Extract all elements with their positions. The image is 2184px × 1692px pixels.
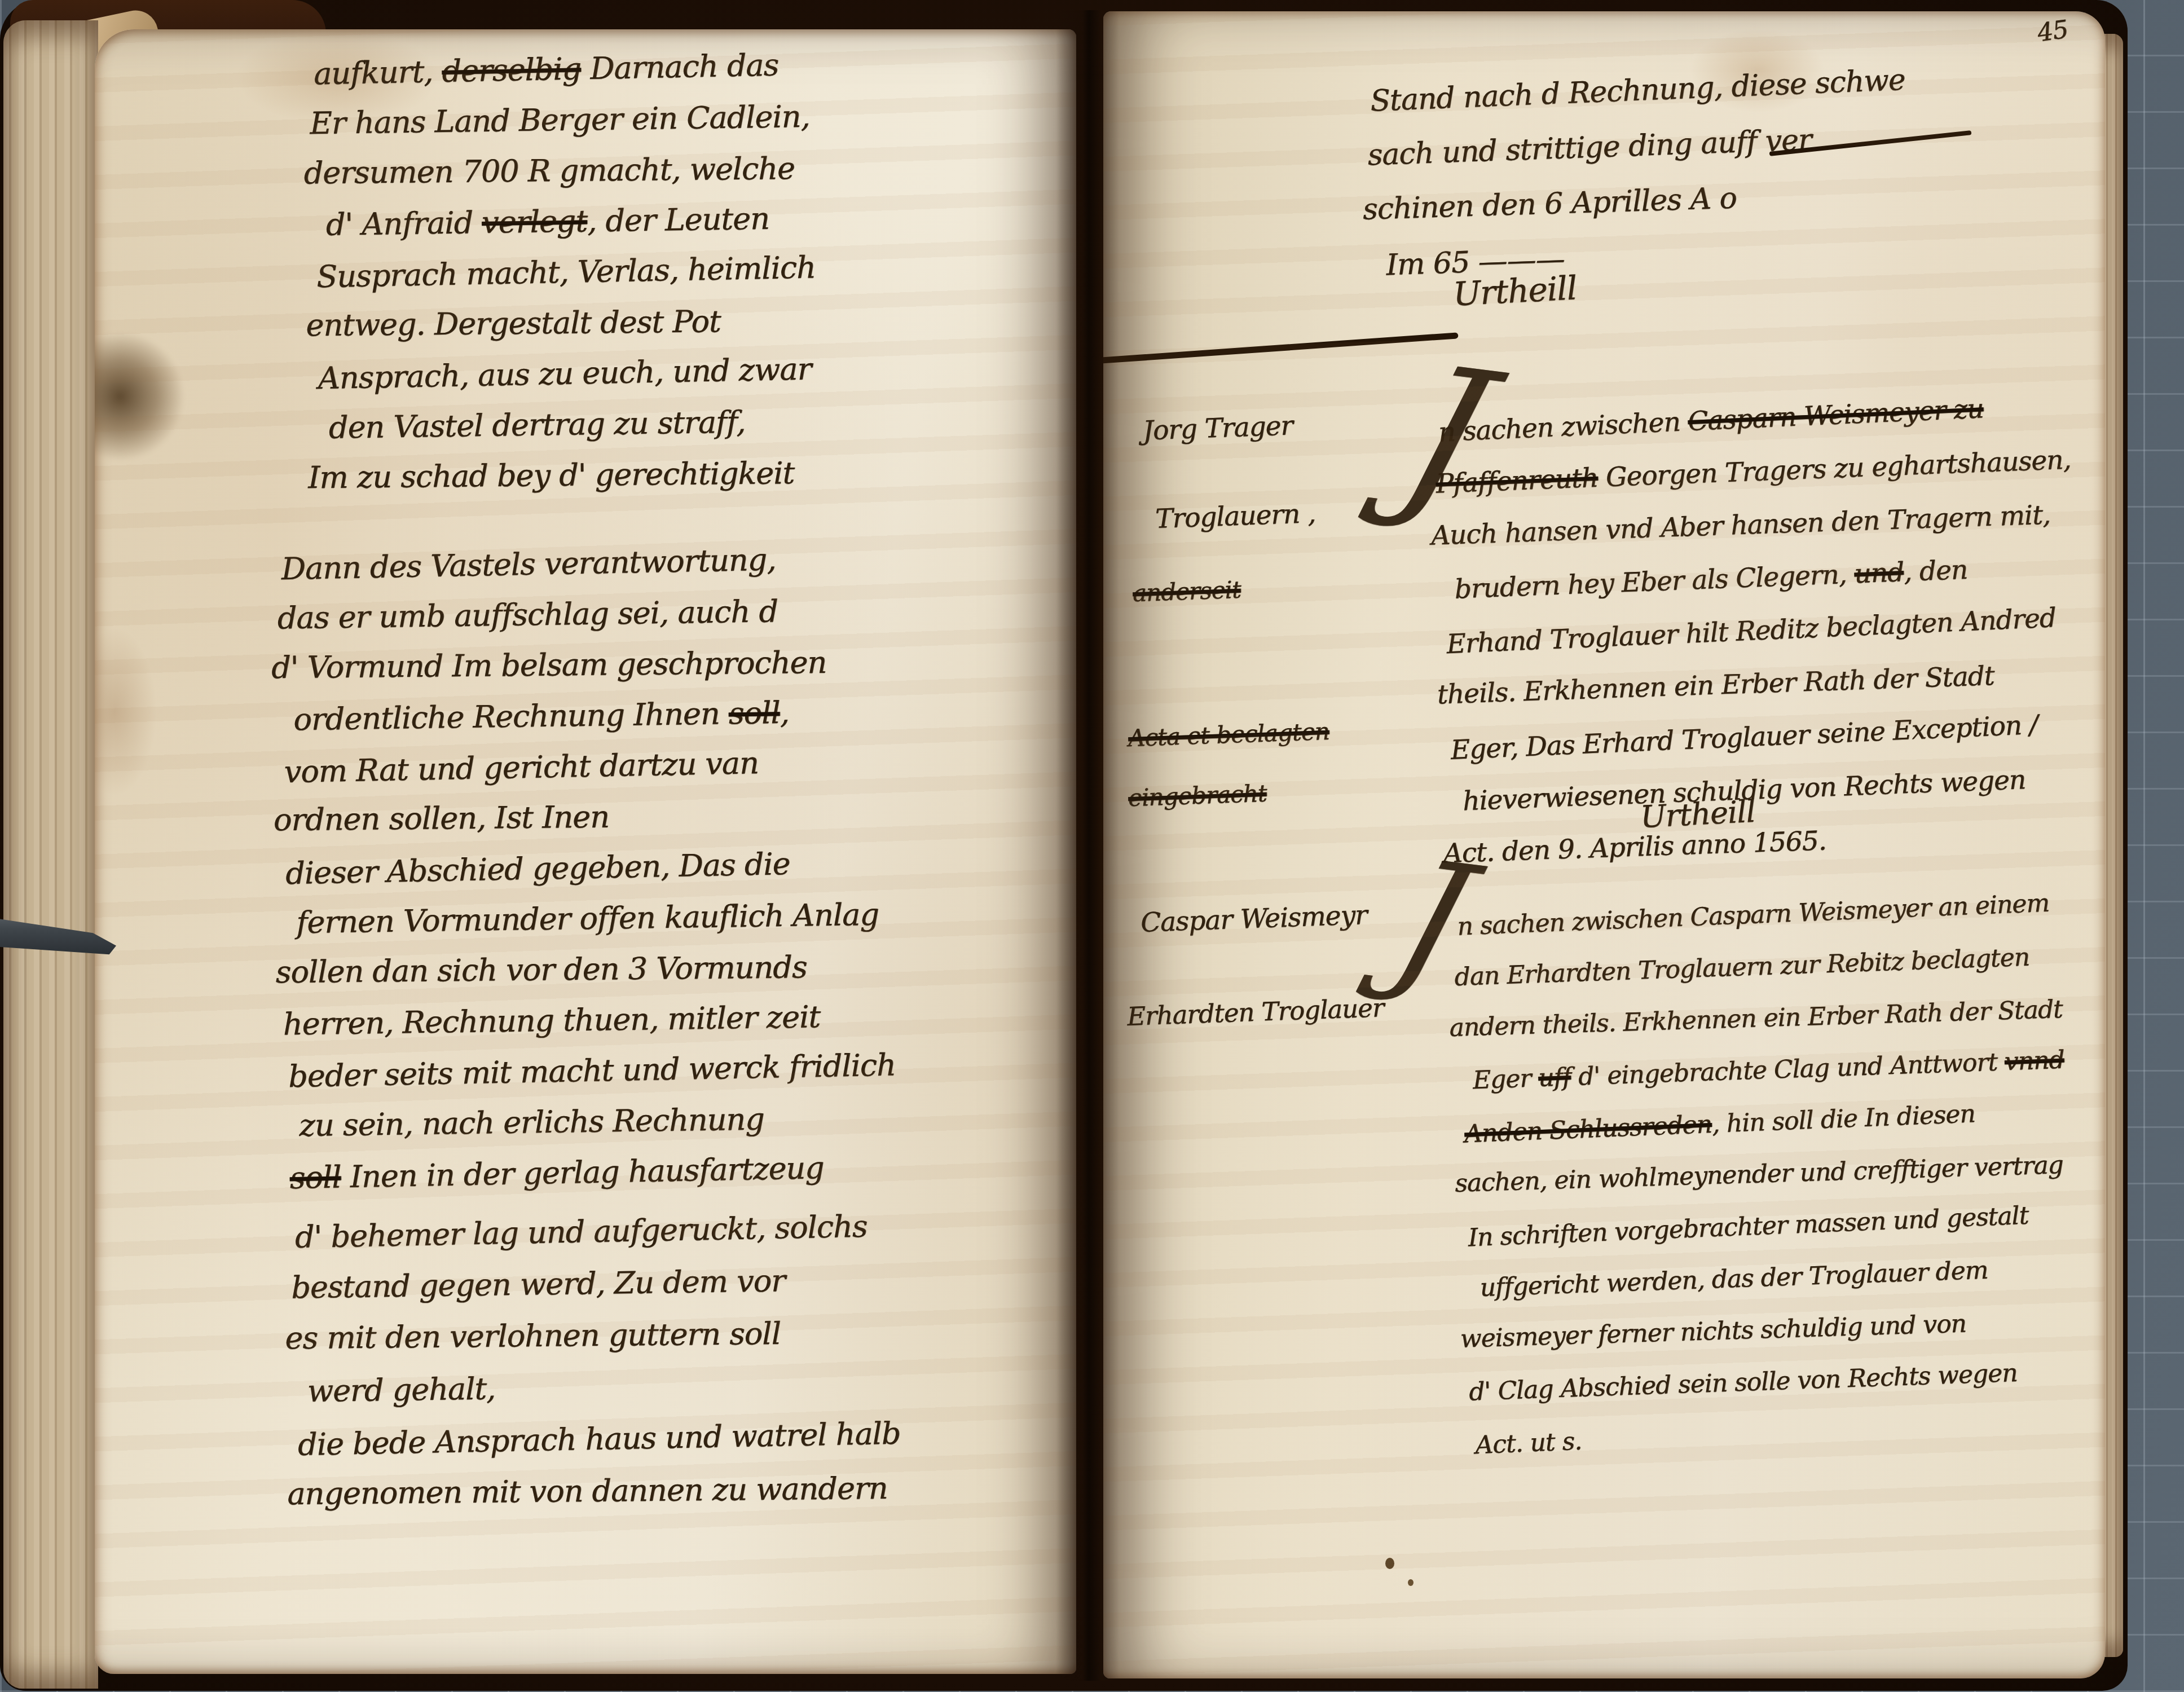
margin-note-struck: eingebracht bbox=[1128, 779, 1267, 812]
script-line: werd gehalt, bbox=[307, 1357, 910, 1417]
left-page-paragraph-2: Dann des Vastels verantwortung,das er um… bbox=[276, 534, 893, 1202]
script-line: soll Inen in der gerlag hausfartzeug bbox=[289, 1141, 897, 1204]
script-line: Er hans Land Berger ein Cadlein, bbox=[310, 91, 810, 149]
script-line: dieser Abschied gegeben, Das die bbox=[285, 837, 893, 900]
script-line: Im zu schad bey d' gerechtigkeit bbox=[308, 448, 808, 504]
verdict-heading-1: Urtheill bbox=[1452, 268, 1578, 313]
script-line: fernen Vormunder offen kauflich Anlag bbox=[296, 889, 904, 948]
margin-note-struck: Acta et beclagten bbox=[1128, 717, 1329, 752]
script-line: beder seits mit macht und werck fridlich bbox=[288, 1039, 896, 1102]
verdict-heading-2: Urtheill bbox=[1639, 794, 1756, 835]
ink-blot-stain bbox=[95, 332, 185, 461]
left-manuscript-page: aufkurt, derselbig Darnach dasEr hans La… bbox=[95, 29, 1076, 1674]
script-line: Susprach macht, Verlas, heimlich bbox=[316, 242, 817, 302]
script-line: Ansprach, aus zu euch, und zwar bbox=[318, 343, 818, 404]
script-line: ordnen sollen, Ist Inen bbox=[273, 789, 881, 845]
script-line: angenomen mit von dannen zu wandern bbox=[287, 1462, 890, 1520]
script-line: Dann des Vastels verantwortung, bbox=[281, 532, 889, 595]
left-page-paragraph-3: d' behemer lag und aufgeruckt, solchsbes… bbox=[290, 1202, 897, 1522]
ink-speck bbox=[1408, 1579, 1414, 1586]
left-page-paragraph-1: aufkurt, derselbig Darnach dasEr hans La… bbox=[309, 41, 814, 504]
script-line: d' behemer lag und aufgeruckt, solchs bbox=[294, 1200, 898, 1263]
right-manuscript-page: 45 Stand nach d Rechnung, diese schwesac… bbox=[1103, 11, 2105, 1678]
court-entry-1: n sachen zwischen Casparn Weismeyer zuPf… bbox=[1433, 381, 2086, 882]
script-line: den Vastel dertrag zu straff, bbox=[328, 395, 829, 453]
right-page-header-paragraph: Stand nach d Rechnung, diese schwesach u… bbox=[1364, 54, 1907, 294]
photo-of-open-manuscript-book: aufkurt, derselbig Darnach dasEr hans La… bbox=[0, 0, 2184, 1692]
script-line: vom Rat und gericht dartzu van bbox=[284, 735, 892, 798]
script-line: d' Vormund Im belsam geschprochen bbox=[271, 637, 879, 693]
script-line: sollen dan sich vor den 3 Vormunds bbox=[275, 941, 883, 998]
script-line: das er umb auffschlag sei, auch d bbox=[277, 585, 885, 644]
court-entry-2: n sachen zwischen Casparn Weismeyer an e… bbox=[1452, 878, 2085, 1470]
pen-flourish-stroke bbox=[1103, 332, 1459, 364]
folio-page-number: 45 bbox=[2036, 15, 2070, 47]
margin-note-party-name: Jorg Trager bbox=[1142, 410, 1293, 446]
margin-note-party-name: Caspar Weismeyr bbox=[1140, 900, 1367, 938]
script-line: aufkurt, derselbig Darnach das bbox=[313, 39, 814, 99]
ink-speck bbox=[1385, 1558, 1394, 1569]
script-line: die bede Ansprach haus und watrel halb bbox=[297, 1408, 901, 1471]
margin-note-party-name: Erhardten Troglauer bbox=[1126, 993, 1384, 1032]
script-line: es mit den verlohnen guttern soll bbox=[285, 1307, 888, 1364]
script-line: entweg. Dergestalt dest Pot bbox=[306, 296, 806, 351]
margin-note-party-name: Troglauern , bbox=[1155, 498, 1316, 535]
book-gutter-shadow bbox=[1056, 10, 1119, 1681]
left-page-stack-edge bbox=[3, 20, 98, 1689]
script-line: d' Anfraid verlegt, der Leuten bbox=[325, 192, 826, 250]
margin-smudge bbox=[95, 627, 157, 796]
margin-note-struck: anderseit bbox=[1132, 576, 1241, 607]
script-line: dersumen 700 R gmacht, welche bbox=[303, 143, 804, 199]
script-line: bestand gegen werd, Zu dem vor bbox=[290, 1254, 894, 1314]
